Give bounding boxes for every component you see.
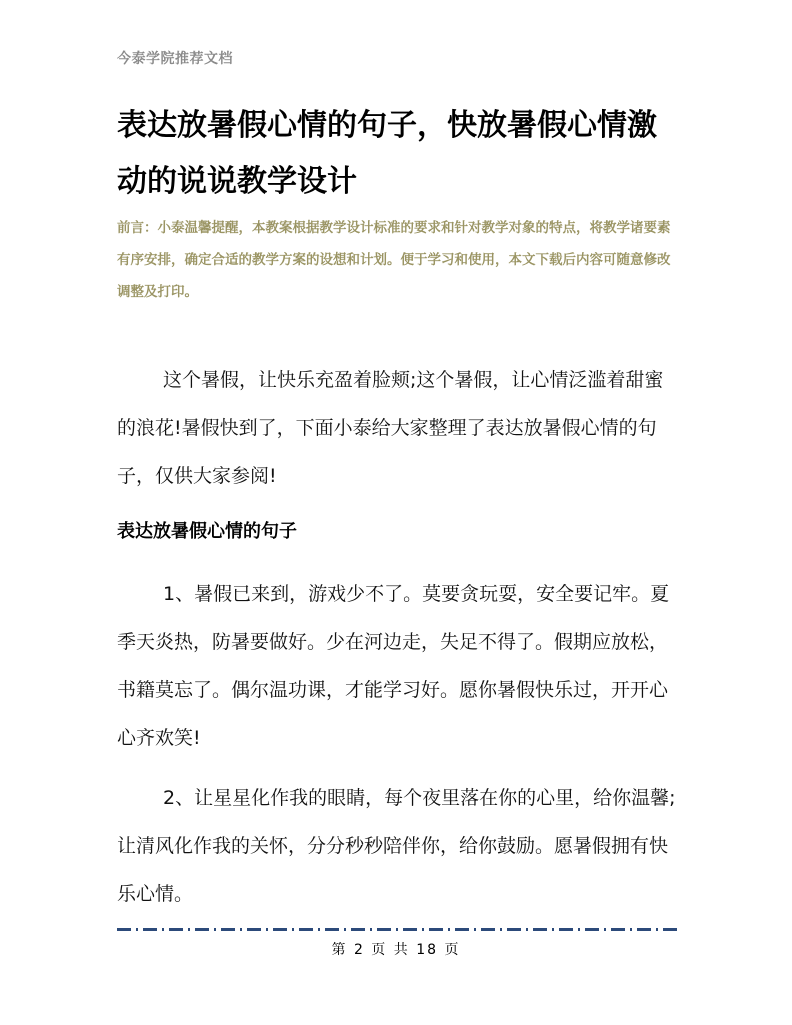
- section-heading: 表达放暑假心情的句子: [117, 517, 297, 543]
- document-title: 表达放暑假心情的句子，快放暑假心情激动的说说教学设计: [117, 98, 677, 210]
- page-number: 第 2 页 共 18 页: [0, 939, 792, 959]
- intro-paragraph: 这个暑假，让快乐充盈着脸颊;这个暑假，让心情泛滥着甜蜜的浪花!暑假快到了，下面小…: [117, 356, 677, 500]
- list-item: 2、让星星化作我的眼睛，每个夜里落在你的心里，给你温馨;让清风化作我的关怀，分分…: [117, 774, 677, 918]
- list-item: 1、暑假已来到，游戏少不了。莫要贪玩耍，安全要记牢。夏季天炎热，防暑要做好。少在…: [117, 570, 677, 762]
- document-header: 今泰学院推荐文档: [117, 48, 233, 68]
- preface-text: 前言：小泰温馨提醒，本教案根据教学设计标准的要求和针对教学对象的特点，将教学诸要…: [117, 212, 677, 308]
- footer-divider: [117, 928, 677, 931]
